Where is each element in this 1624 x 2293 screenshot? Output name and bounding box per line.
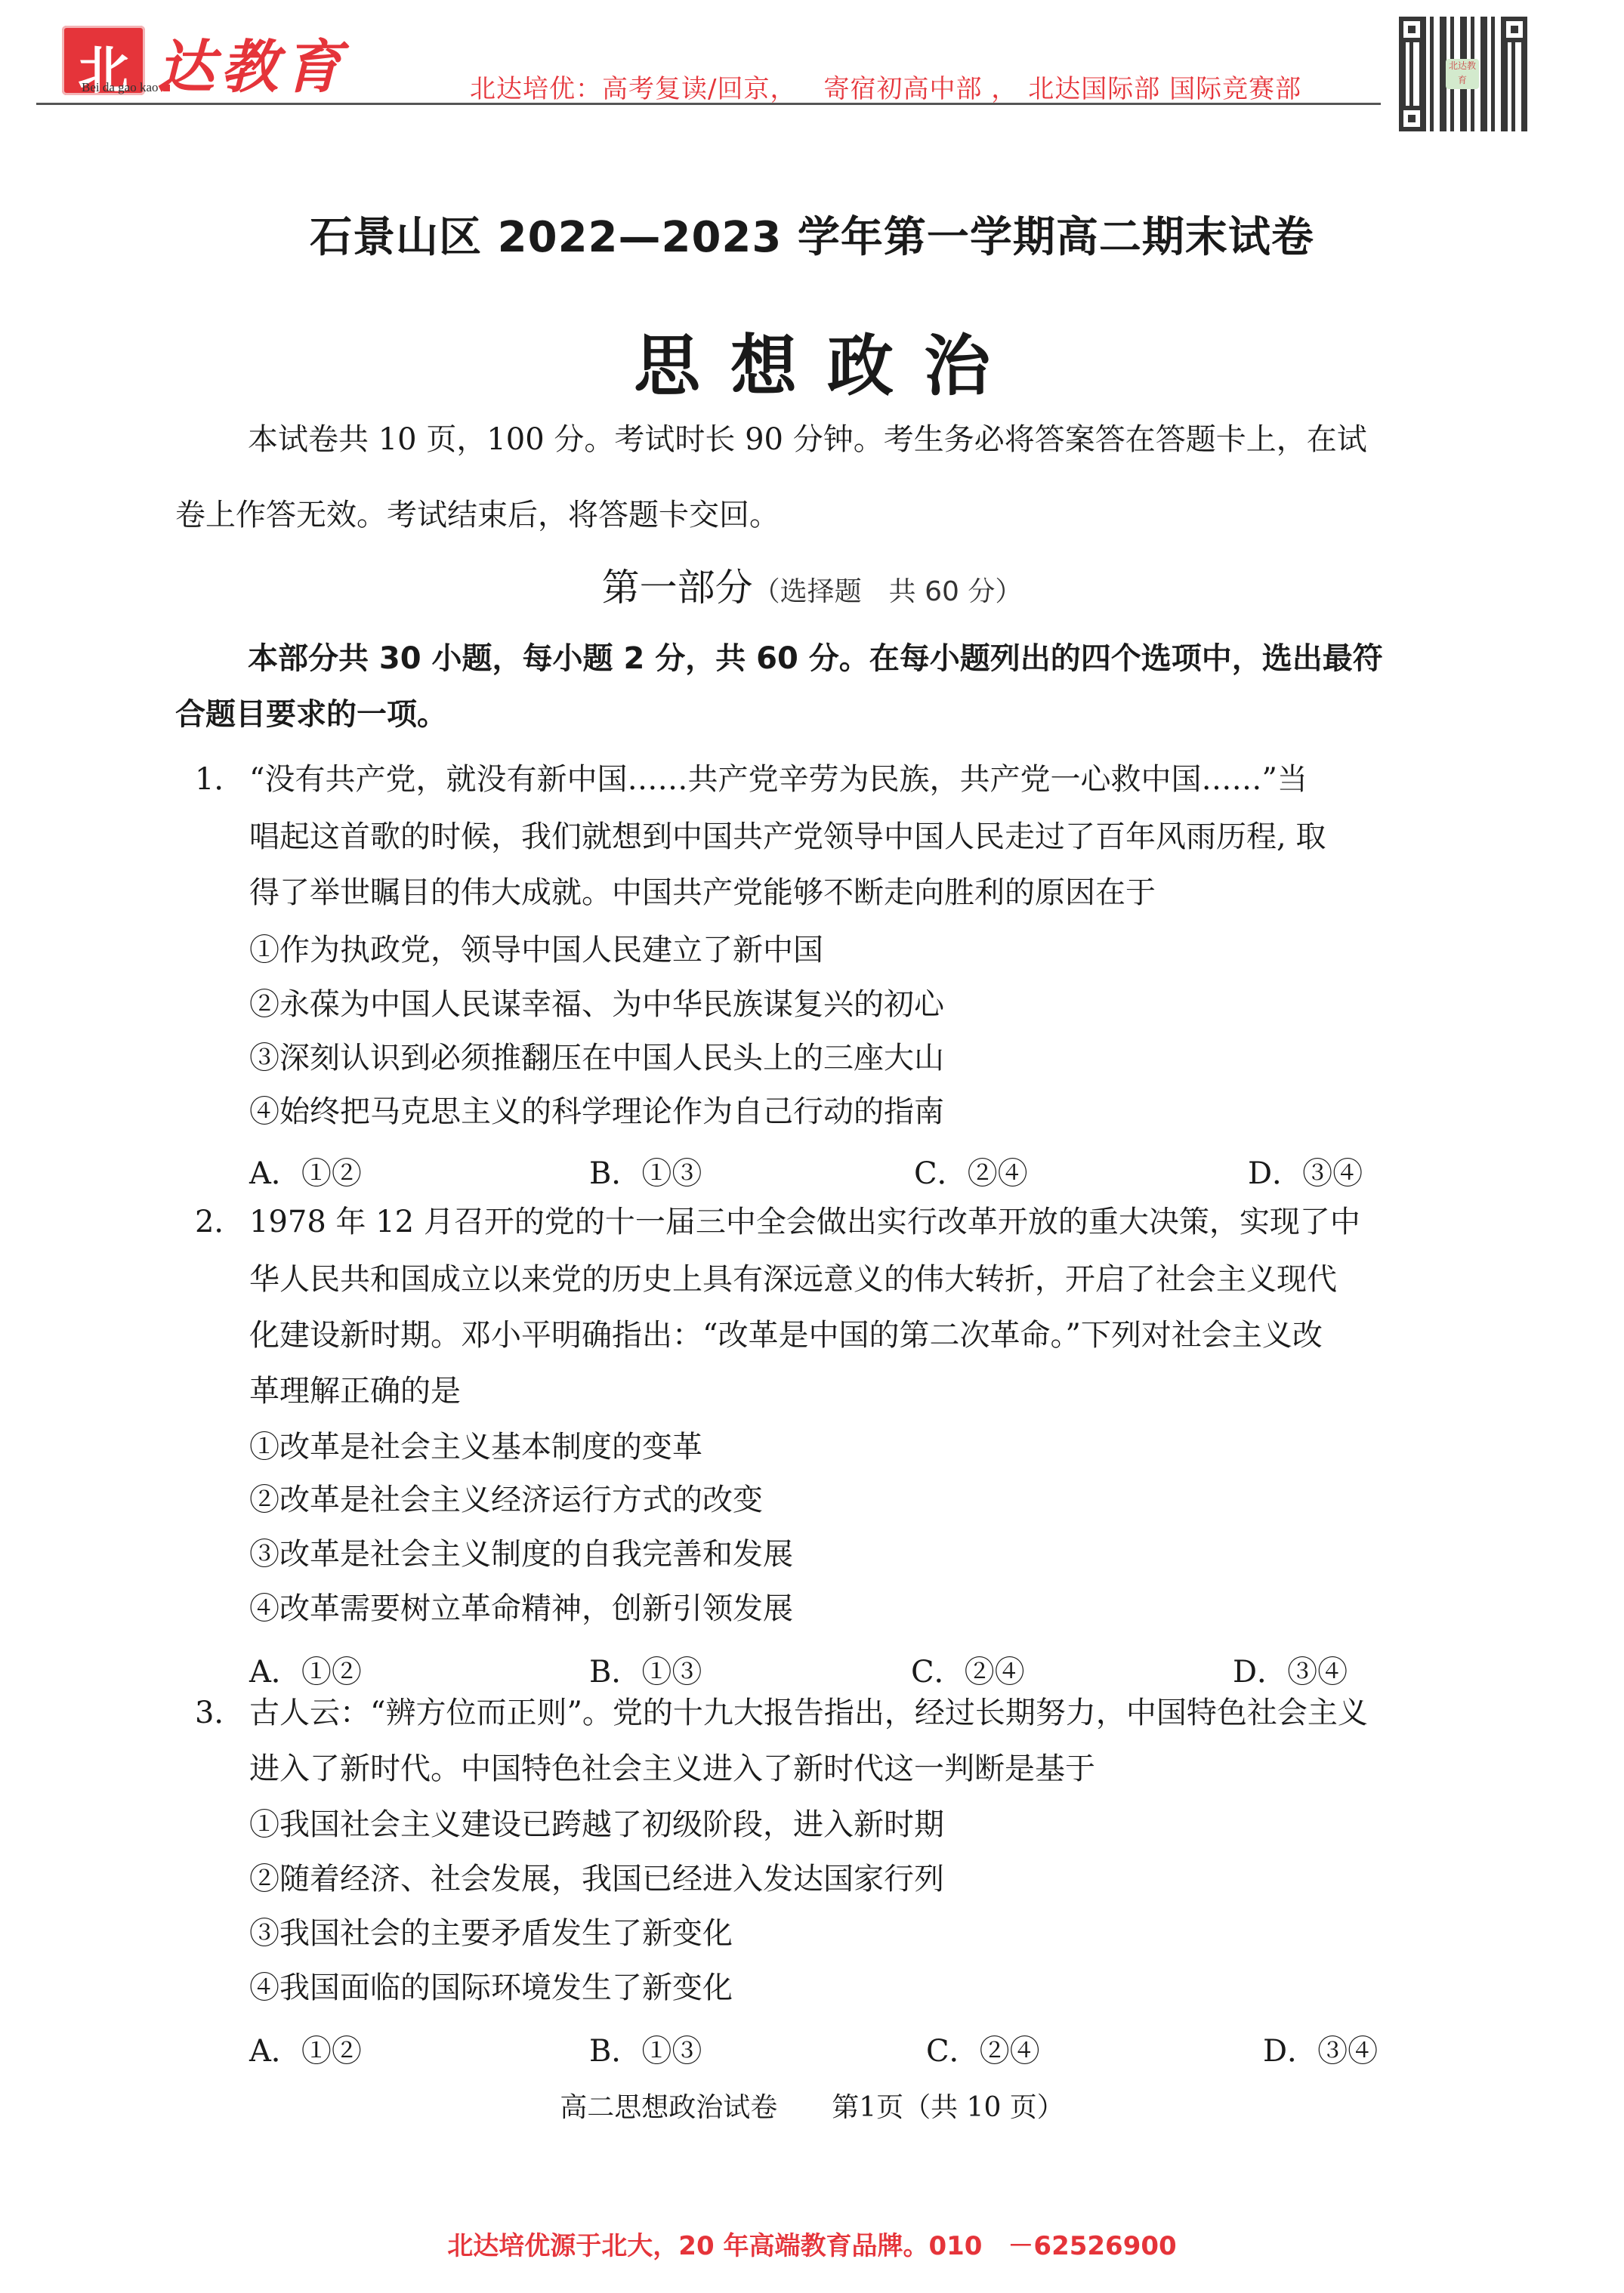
question-text-line: 革理解正确的是 (249, 1376, 461, 1406)
section-heading: 第一部分（选择题 共 60 分） (0, 557, 1624, 612)
section-desc-line-1: 本部分共 30 小题，每小题 2 分，共 60 分。在每小题列出的四个选项中，选… (248, 643, 1383, 674)
slogan-part: 北达国际部 国际竞赛部 (1028, 74, 1301, 104)
question-text-line: 进入了新时代。中国特色社会主义进入了新时代这一判断是基于 (249, 1754, 1095, 1784)
answer-choice-d[interactable]: D．③④ (1263, 2027, 1378, 2070)
answer-choice-a[interactable]: A．①② (249, 2027, 362, 2070)
square-bullet-icon (163, 85, 170, 91)
statement-option: ③深刻认识到必须推翻压在中国人民头上的三座大山 (249, 1043, 944, 1073)
answer-choice-c[interactable]: C．②④ (914, 1150, 1028, 1193)
question-text-line: 化建设新时期。邓小平明确指出：“改革是中国的第二次革命。”下列对社会主义改 (249, 1320, 1323, 1350)
answer-choice-c[interactable]: C．②④ (911, 1648, 1025, 1691)
logo-subtitle-text: Bei da gao kao (82, 80, 159, 94)
statement-option: ③改革是社会主义制度的自我完善和发展 (249, 1539, 793, 1569)
statement-option: ②永葆为中国人民谋幸福、为中华民族谋复兴的初心 (249, 989, 944, 1020)
page-footer: 高二思想政治试卷 第1页（共 10 页） (0, 2086, 1624, 2125)
footer-advertisement: 北达培优源于北大，20 年高端教育品牌。010 －62526900 (0, 2225, 1624, 2262)
question-text-line: 得了举世瞩目的伟大成就。中国共产党能够不断走向胜利的原因在于 (249, 878, 1156, 908)
answer-choice-b[interactable]: B．①③ (589, 1150, 702, 1193)
question-number: 2． (195, 1207, 244, 1237)
question-text-line: 古人云：“辨方位而正则”。党的十九大报告指出，经过长期努力，中国特色社会主义 (249, 1698, 1368, 1728)
statement-option: ①改革是社会主义基本制度的变革 (249, 1432, 702, 1462)
statement-option: ②改革是社会主义经济运行方式的改变 (249, 1485, 763, 1515)
qr-code-icon: 北达教育 (1399, 17, 1527, 131)
statement-option: ③我国社会的主要矛盾发生了新变化 (249, 1918, 733, 1949)
statement-option: ①我国社会主义建设已跨越了初级阶段，进入新时期 (249, 1810, 944, 1840)
section-title: 第一部分 (602, 566, 753, 610)
qr-center-logo: 北达教育 (1446, 59, 1479, 89)
exam-subject: 思想政治 (0, 313, 1624, 409)
section-desc-line-2: 合题目要求的一项。 (175, 699, 447, 730)
answer-choice-c[interactable]: C．②④ (926, 2027, 1040, 2070)
statement-option: ④始终把马克思主义的科学理论作为自己行动的指南 (249, 1097, 944, 1127)
logo-text: 达教育 (157, 21, 347, 103)
statement-option: ②随着经济、社会发展，我国已经进入发达国家行列 (249, 1864, 944, 1894)
answer-choice-d[interactable]: D．③④ (1233, 1648, 1348, 1691)
slogan-part: 北达培优：高考复读/回京， (470, 74, 796, 104)
question-number: 1． (195, 764, 244, 795)
answer-choice-d[interactable]: D．③④ (1248, 1150, 1363, 1193)
answer-choice-b[interactable]: B．①③ (589, 2027, 702, 2070)
section-note: （选择题 共 60 分） (753, 576, 1023, 607)
header-divider (36, 103, 1381, 105)
statement-option: ④改革需要树立革命精神，创新引领发展 (249, 1594, 793, 1624)
header-slogan: 北达培优：高考复读/回京，寄宿初高中部 ，北达国际部 国际竞赛部 (470, 68, 1301, 105)
question-text-line: 1978 年 12 月召开的党的十一届三中全会做出实行改革开放的重大决策，实现了… (249, 1207, 1360, 1237)
slogan-part: 寄宿初高中部 ， (823, 74, 1017, 104)
question-text-line: “没有共产党，就没有新中国……共产党辛劳为民族，共产党一心救中国……”当 (249, 764, 1308, 795)
statement-option: ①作为执政党，领导中国人民建立了新中国 (249, 935, 823, 965)
statement-option: ④我国面临的国际环境发生了新变化 (249, 1973, 733, 2003)
question-text-line: 唱起这首歌的时候，我们就想到中国共产党领导中国人民走过了百年风雨历程, 取 (249, 822, 1326, 852)
instructions-line-1: 本试卷共 10 页，100 分。考试时长 90 分钟。考生务必将答案答在答题卡上… (248, 424, 1367, 455)
question-number: 3． (195, 1698, 244, 1728)
exam-title: 石景山区 2022—2023 学年第一学期高二期末试卷 (0, 204, 1624, 264)
question-text-line: 华人民共和国成立以来党的历史上具有深远意义的伟大转折，开启了社会主义现代 (249, 1264, 1337, 1295)
instructions-line-2: 卷上作答无效。考试结束后，将答题卡交回。 (175, 500, 780, 530)
answer-choice-a[interactable]: A．①② (249, 1648, 362, 1691)
answer-choice-a[interactable]: A．①② (249, 1150, 362, 1193)
answer-choice-b[interactable]: B．①③ (589, 1648, 702, 1691)
logo-subtitle: Bei da gao kao (82, 80, 170, 95)
